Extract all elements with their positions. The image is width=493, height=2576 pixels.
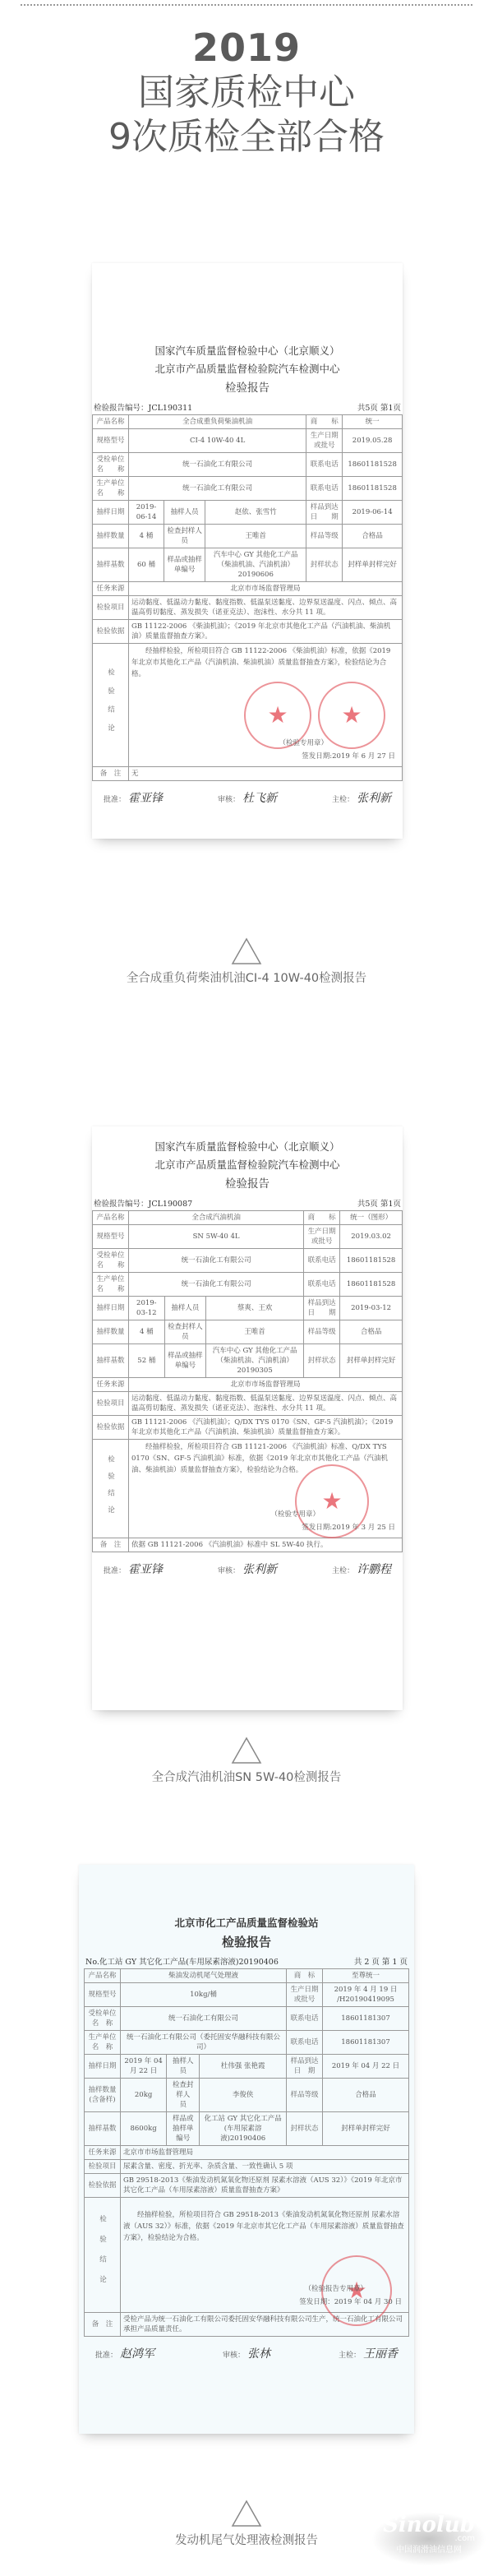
cell-label: 受检单位名 称 (93, 453, 129, 477)
signature-label: 主检： (332, 796, 354, 804)
table-row: 检验结论 经抽样检验，所检项目符合 GB 29518-2013《柴油发动机氮氧化… (85, 2198, 409, 2313)
issue-date: 签发日期:2019 年 3 月 25 日 (302, 1523, 395, 1533)
cell-basis: GB 11122-2006 《柴油机油》；《2019 年北京市其他化工产品（汽油… (129, 620, 403, 644)
cell-label: 生产日期或批号 (287, 1983, 323, 2007)
table-row: 备 注 无 (93, 767, 403, 781)
cell-sealer: 李俊侠 (200, 2079, 287, 2112)
hero-line-2: 9次质检全部合格 (0, 115, 493, 160)
cell-maker: 统一石油化工有限公司（委托固安华融科技有限公司） (121, 2031, 287, 2055)
report-number-value: JCL190087 (149, 1200, 193, 1209)
cell-label: 商 标 (304, 1211, 340, 1225)
cell-sample-no: 化工站 GY 其它化工产品(车用尿素溶液)20190406 (200, 2112, 287, 2146)
cell-batch: 2019 年 4 月 19 日 /H20190419095 (323, 1983, 409, 2007)
signature-label: 批准： (95, 2352, 117, 2360)
cell-label: 样品或抽样单编号 (164, 1344, 205, 1378)
cell-label: 任务来源 (93, 1378, 129, 1392)
table-row: 规格型号 10kg/桶 生产日期或批号 2019 年 4 月 19 日 /H20… (85, 1983, 409, 2007)
cell-qty: 20kg (121, 2079, 167, 2112)
table-row: 规格型号 SN 5W-40 4L 生产日期或批号 2019.03.02 (93, 1225, 403, 1249)
table-row: 生产单位名 称 统一石油化工有限公司 联系电话 18601181528 (93, 477, 403, 501)
table-row: 规格型号 CI-4 10W-40 4L 生产日期或批号 2019.05.28 (93, 429, 403, 453)
signature-label: 主检： (332, 1567, 354, 1575)
table-row: 检验依据 GB 29518-2013《柴油发动机氮氧化物还原剂 尿素水溶液（AU… (85, 2174, 409, 2198)
cell-basis: GB 29518-2013《柴油发动机氮氧化物还原剂 尿素水溶液（AUS 32）… (121, 2174, 409, 2198)
report-org-line-2: 北京市产品质量监督检验院汽车检测中心 (92, 1156, 403, 1174)
cell-label: 检验依据 (93, 620, 129, 644)
report-2-caption: 全合成汽油机油SN 5W-40检测报告 (0, 1737, 493, 1785)
report-pages: 共 2 页 第 1 页 (354, 1955, 408, 1967)
cell-maker-phone: 18601181528 (340, 1273, 403, 1297)
report-pages: 共5页 第1页 (357, 1197, 401, 1209)
table-row: 检验项目 尿素含量、密度、折光率、杂质含量、一致性确认 5 项 (85, 2160, 409, 2174)
cell-maker-phone: 18601181528 (343, 477, 403, 501)
report-meta: 检验报告编号：JCL190311 共5页 第1页 (92, 401, 403, 414)
cell-label: 检验结论 (93, 1440, 129, 1538)
cell-sampler: 蔡爽、王欢 (206, 1297, 304, 1320)
table-row: 检验结论 经抽样检验，所检项目符合 GB 11121-2006 《汽油机油》标准… (93, 1440, 403, 1538)
cell-label: 生产单位名 称 (85, 2031, 121, 2055)
report-1-document: 国家汽车质量监督检验中心（北京顺义） 北京市产品质量监督检验院汽车检测中心 检验… (92, 263, 403, 839)
cell-label: 封样状态 (287, 2112, 323, 2146)
report-2-document: 国家汽车质量监督检验中心（北京顺义） 北京市产品质量监督检验院汽车检测中心 检验… (92, 1126, 403, 1710)
cell-label: 商 标 (287, 1969, 323, 1983)
cell-grade: 合格品 (340, 1320, 403, 1344)
cell-label: 样品或抽样单编号 (167, 2112, 200, 2146)
report-table: 产品名称 全合成重负荷柴油机油 商 标 统一 规格型号 CI-4 10W-40 … (92, 414, 403, 781)
conclusion-text: 经抽样检验，所检项目符合 GB 29518-2013《柴油发动机氮氧化物还原剂 … (123, 2209, 406, 2244)
cell-spec: 10kg/桶 (121, 1983, 287, 2007)
triangle-icon (0, 1737, 493, 1768)
table-row: 检验依据 GB 11121-2006 《汽油机油》；Q/DX TYS 0170《… (93, 1416, 403, 1440)
issue-date: 签发日期:2019 年 6 月 27 日 (302, 752, 395, 761)
report-org-line-1: 国家汽车质量监督检验中心（北京顺义） (92, 1138, 403, 1156)
signature-name: 霍亚锋 (128, 792, 163, 805)
cell-label: 抽样人员 (164, 1297, 205, 1320)
watermark-name: 中国润滑油信息网 (371, 2545, 486, 2556)
signature-inspect: 主检：许鹏程 (332, 1561, 391, 1577)
table-row: 生产单位名 称 统一石油化工有限公司 联系电话 18601181528 (93, 1273, 403, 1297)
cell-label: 联系电话 (304, 1249, 340, 1273)
cell-label: 样品到达日 期 (304, 1297, 340, 1320)
table-row: 任务来源 北京市市场监督管理局 (93, 1378, 403, 1392)
cell-qty: 4 桶 (129, 525, 164, 548)
table-row: 检验项目 运动黏度、低温动力黏度、黏度指数、低温泵送黏度、边界泵送温度、闪点、倾… (93, 1392, 403, 1416)
cell-label: 备 注 (93, 1538, 129, 1552)
report-1-caption: 全合成重负荷柴油机油CI-4 10W-40检测报告 (0, 937, 493, 986)
cell-client-phone: 18601181528 (340, 1249, 403, 1273)
report-number: 检验报告编号：JCL190311 (94, 401, 192, 413)
cell-label: 检验项目 (93, 1392, 129, 1416)
table-row: 任务来源 北京市市场监督管理局 (85, 2146, 409, 2160)
report-meta: 检验报告编号：JCL190087 共5页 第1页 (92, 1197, 403, 1210)
cell-maker: 统一石油化工有限公司 (129, 1273, 304, 1297)
signature-approve: 批准：赵鸿军 (95, 2345, 154, 2361)
signature-name: 赵鸿军 (120, 2347, 154, 2361)
cell-conclusion: 经抽样检验，所检项目符合 GB 11122-2006 《柴油机油》标准，依据《2… (129, 644, 403, 767)
cell-conclusion: 经抽样检验，所检项目符合 GB 11121-2006 《汽油机油》标准、Q/DX… (129, 1440, 403, 1538)
signatures: 批准：赵鸿军 审核：张林 主检：王丽香 (84, 2337, 409, 2361)
table-row: 抽样基数 52 桶 样品或抽样单编号 汽车中心 GY 其他化工产品（柴油机油、汽… (93, 1344, 403, 1378)
stamp-label: （检验专用章） (270, 1510, 320, 1519)
cell-client: 统一石油化工有限公司 (129, 453, 306, 477)
cell-client: 统一石油化工有限公司 (121, 2007, 287, 2031)
table-row: 抽样日期 2019-03-12 抽样人员 蔡爽、王欢 样品到达日 期 2019-… (93, 1297, 403, 1320)
cell-label: 抽样基数 (93, 1344, 129, 1378)
signature-label: 批准： (104, 796, 126, 804)
stamp-label: （检验报告专用章） (304, 2284, 367, 2294)
cell-label: 任务来源 (93, 582, 129, 596)
table-row: 检验依据 GB 11122-2006 《柴油机油》；《2019 年北京市其他化工… (93, 620, 403, 644)
star-icon: ★ (321, 1496, 342, 1506)
report-title: 检验报告 (92, 1174, 403, 1194)
report-org-line-1: 国家汽车质量监督检验中心（北京顺义） (92, 342, 403, 360)
cell-label: 受检单位名 称 (85, 2007, 121, 2031)
star-icon: ★ (267, 710, 288, 720)
report-title: 检验报告 (84, 1932, 409, 1952)
cell-label: 产品名称 (93, 1211, 129, 1225)
report-pages: 共5页 第1页 (357, 401, 401, 413)
caption-text: 全合成重负荷柴油机油CI-4 10W-40检测报告 (0, 969, 493, 986)
dotted-divider (21, 4, 472, 6)
cell-product-name: 全合成重负荷柴油机油 (129, 415, 306, 429)
signature-name: 许鹏程 (357, 1563, 391, 1576)
table-row: 受检单位名 称 统一石油化工有限公司 联系电话 18601181528 (93, 1249, 403, 1273)
cell-label: 封样状态 (304, 1344, 340, 1378)
cell-label: 生产日期或批号 (306, 429, 343, 453)
signature-review: 审核：杜飞新 (218, 789, 277, 806)
cell-grade: 合格品 (343, 525, 403, 548)
cell-base: 60 桶 (129, 548, 164, 582)
cell-items: 尿素含量、密度、折光率、杂质含量、一致性确认 5 项 (121, 2160, 409, 2174)
cell-label: 检验依据 (93, 1416, 129, 1440)
cell-client-phone: 18601181307 (323, 2007, 409, 2031)
report-number-value: JCL190311 (149, 404, 193, 413)
cell-brand: 至尊统一 (323, 1969, 409, 1983)
cell-sealer: 王唯首 (205, 525, 306, 548)
report-table: 产品名称 柴油发动机尾气处理液 商 标 至尊统一 规格型号 10kg/桶 生产日… (84, 1968, 409, 2337)
report-number: No.化工站 GY 其它化工产品(车用尿素溶液)20190406 (85, 1955, 279, 1967)
cell-basis: GB 11121-2006 《汽油机油》；Q/DX TYS 0170《SN、GF… (129, 1416, 403, 1440)
cell-source: 北京市市场监督管理局 (121, 2146, 409, 2160)
table-row: 产品名称 柴油发动机尾气处理液 商 标 至尊统一 (85, 1969, 409, 1983)
cell-base: 52 桶 (129, 1344, 165, 1378)
cell-label: 检验结论 (93, 644, 129, 767)
cell-label: 检验结论 (85, 2198, 121, 2313)
cell-client: 统一石油化工有限公司 (129, 1249, 304, 1273)
cell-label: 检验项目 (85, 2160, 121, 2174)
cell-label: 抽样数量 (93, 525, 129, 548)
cell-qty: 4 桶 (129, 1320, 165, 1344)
cell-label: 抽样日期 (93, 1297, 129, 1320)
cell-label: 样品到达日 期 (306, 501, 343, 525)
signature-name: 张利新 (242, 1563, 277, 1576)
cell-sample-no: 汽车中心 GY 其他化工产品（柴油机油、汽油机油）20190305 (206, 1344, 304, 1378)
cell-brand: 统一 (343, 415, 403, 429)
cell-label: 规格型号 (93, 429, 129, 453)
cell-label: 产品名称 (93, 415, 129, 429)
cell-label: 规格型号 (85, 1983, 121, 2007)
cell-seal-state: 封样单封样完好 (323, 2112, 409, 2146)
cell-product-name: 柴油发动机尾气处理液 (121, 1969, 287, 1983)
report-number: 检验报告编号：JCL190087 (94, 1197, 192, 1209)
cell-label: 样品等级 (287, 2079, 323, 2112)
report-number-value: 化工站 GY 其它化工产品(车用尿素溶液)20190406 (99, 1958, 279, 1967)
cell-label: 检查封样人 员 (167, 2079, 200, 2112)
conclusion-text: 经抽样检验，所检项目符合 GB 11122-2006 《柴油机油》标准，依据《2… (131, 645, 399, 680)
table-row: 抽样基数 8600kg 样品或抽样单编号 化工站 GY 其它化工产品(车用尿素溶… (85, 2112, 409, 2146)
cell-grade: 合格品 (323, 2079, 409, 2112)
table-row: 抽样数量 4 桶 检查封样人 员 王唯首 样品等级 合格品 (93, 525, 403, 548)
cell-base: 8600kg (121, 2112, 167, 2146)
cell-label: 商 标 (306, 415, 343, 429)
cell-label: 规格型号 (93, 1225, 129, 1249)
signature-name: 张林 (247, 2347, 270, 2361)
triangle-icon (0, 937, 493, 969)
report-number-label: 检验报告编号： (94, 1200, 149, 1209)
cell-sample-date: 2019-03-12 (129, 1297, 165, 1320)
cell-spec: CI-4 10W-40 4L (129, 429, 306, 453)
cell-label: 检查封样人 员 (164, 1320, 205, 1344)
cell-label: 抽样基数 (93, 548, 129, 582)
cell-seal-state: 封样单封样完好 (343, 548, 403, 582)
cell-label: 联系电话 (287, 2031, 323, 2055)
table-row: 抽样日期 2019 年 04 月 22 日 抽样人员 杜伟强 张艳霞 样品到达日… (85, 2055, 409, 2079)
cell-label: 样品或抽样单编号 (164, 548, 205, 582)
stamp-label: （检验专用章） (279, 738, 328, 748)
cell-remark: 无 (129, 767, 403, 781)
cell-label: 备 注 (93, 767, 129, 781)
sinolub-watermark: Sinolub .com 中国润滑油信息网 (371, 2512, 486, 2566)
cell-label: 样品等级 (304, 1320, 340, 1344)
cell-seal-state: 封样单封样完好 (340, 1344, 403, 1378)
signature-name: 霍亚锋 (128, 1563, 163, 1576)
signature-review: 审核：张林 (223, 2345, 270, 2361)
cell-conclusion: 经抽样检验，所检项目符合 GB 29518-2013《柴油发动机氮氧化物还原剂 … (121, 2198, 409, 2313)
cell-label: 抽样人员 (164, 501, 205, 525)
signature-label: 主检： (339, 2352, 361, 2360)
table-row: 任务来源 北京市市场监督管理局 (93, 582, 403, 596)
cell-label: 联系电话 (304, 1273, 340, 1297)
cell-label: 抽样日期 (85, 2055, 121, 2079)
cell-label: 检验项目 (93, 596, 129, 620)
table-row: 受检单位名 称 统一石油化工有限公司 联系电话 18601181528 (93, 453, 403, 477)
signature-review: 审核：张利新 (218, 1561, 277, 1577)
cell-source: 北京市市场监督管理局 (129, 582, 403, 596)
cell-label: 联系电话 (287, 2007, 323, 2031)
hero-line-1: 国家质检中心 (0, 71, 493, 115)
cell-client-phone: 18601181528 (343, 453, 403, 477)
cell-label: 抽样人员 (167, 2055, 200, 2079)
signature-approve: 批准：霍亚锋 (104, 789, 163, 806)
cell-sampler: 杜伟强 张艳霞 (200, 2055, 287, 2079)
cell-arrival: 2019-03-12 (340, 1297, 403, 1320)
report-org-line-2: 北京市产品质量监督检验院汽车检测中心 (92, 360, 403, 378)
cell-batch: 2019.03.02 (340, 1225, 403, 1249)
cell-label: 检查封样人 员 (164, 525, 205, 548)
cell-maker-phone: 18601181307 (323, 2031, 409, 2055)
cell-label: 抽样基数 (85, 2112, 121, 2146)
signature-inspect: 主检：王丽香 (339, 2345, 398, 2361)
cell-batch: 2019.05.28 (343, 429, 403, 453)
table-row: 受检单位名 称 统一石油化工有限公司 联系电话 18601181307 (85, 2007, 409, 2031)
cell-label: 样品等级 (306, 525, 343, 548)
signature-name: 王丽香 (363, 2347, 398, 2361)
cell-label: 联系电话 (306, 477, 343, 501)
signature-label: 审核： (218, 1567, 240, 1575)
report-number-label: 检验报告编号： (94, 404, 149, 413)
signature-name: 张利新 (357, 792, 391, 805)
cell-label: 任务来源 (85, 2146, 121, 2160)
cell-arrival: 2019-06-14 (343, 501, 403, 525)
issue-date: 签发日期：2019 年 04 月 30 日 (299, 2297, 402, 2307)
table-row: 抽样数量 4 桶 检查封样人 员 王唯首 样品等级 合格品 (93, 1320, 403, 1344)
table-row: 产品名称 全合成汽油机油 商 标 统一（图形） (93, 1211, 403, 1225)
official-seal: ★ (318, 682, 385, 749)
report-org-line-1: 北京市化工产品质量监督检验站 (84, 1914, 409, 1932)
cell-maker: 统一石油化工有限公司 (129, 477, 306, 501)
signatures: 批准：霍亚锋 审核：杜飞新 主检：张利新 (92, 781, 403, 806)
signature-label: 审核： (223, 2352, 245, 2360)
signatures: 批准：霍亚锋 审核：张利新 主检：许鹏程 (92, 1552, 403, 1577)
cell-remark: 依据 GB 11121-2006 《汽油机油》标准中 SL 5W-40 执行。 (129, 1538, 403, 1552)
cell-label: 抽样日期 (93, 501, 129, 525)
cell-label: 产品名称 (85, 1969, 121, 1983)
cell-sample-date: 2019-06-14 (129, 501, 164, 525)
report-title: 检验报告 (92, 378, 403, 398)
hero-heading: 2019 国家质检中心 9次质检全部合格 (0, 25, 493, 160)
report-number-label: No. (85, 1958, 99, 1967)
cell-label: 生产日期或批号 (304, 1225, 340, 1249)
cell-arrival: 2019 年 04 月 22 日 (323, 2055, 409, 2079)
conclusion-text: 经抽样检验，所检项目符合 GB 11121-2006 《汽油机油》标准、Q/DX… (131, 1441, 399, 1476)
signature-label: 批准： (104, 1567, 126, 1575)
cell-sample-date: 2019 年 04 月 22 日 (121, 2055, 167, 2079)
cell-spec: SN 5W-40 4L (129, 1225, 304, 1249)
caption-text: 全合成汽油机油SN 5W-40检测报告 (0, 1768, 493, 1785)
table-row: 检验结论 经抽样检验，所检项目符合 GB 11122-2006 《柴油机油》标准… (93, 644, 403, 767)
table-row: 抽样日期 2019-06-14 抽样人员 赵依、张雪竹 样品到达日 期 2019… (93, 501, 403, 525)
cell-label: 抽样数量(含备样) (85, 2079, 121, 2112)
cell-product-name: 全合成汽油机油 (129, 1211, 304, 1225)
signature-inspect: 主检：张利新 (332, 789, 391, 806)
cell-label: 生产单位名 称 (93, 477, 129, 501)
cell-items: 运动黏度、低温动力黏度、黏度指数、低温泵送黏度、边界泵送温度、闪点、倾点、高温高… (129, 1392, 403, 1416)
cell-label: 受检单位名 称 (93, 1249, 129, 1273)
table-row: 生产单位名 称 统一石油化工有限公司（委托固安华融科技有限公司） 联系电话 18… (85, 2031, 409, 2055)
cell-label: 生产单位名 称 (93, 1273, 129, 1297)
report-3-document: 北京市化工产品质量监督检验站 检验报告 No.化工站 GY 其它化工产品(车用尿… (79, 1865, 414, 2434)
signature-label: 审核： (218, 796, 240, 804)
table-row: 产品名称 全合成重负荷柴油机油 商 标 统一 (93, 415, 403, 429)
cell-label: 样品到达日 期 (287, 2055, 323, 2079)
cell-label: 备 注 (85, 2313, 121, 2337)
cell-label: 抽样数量 (93, 1320, 129, 1344)
cell-sampler: 赵依、张雪竹 (205, 501, 306, 525)
report-table: 产品名称 全合成汽油机油 商 标 统一（图形） 规格型号 SN 5W-40 4L… (92, 1210, 403, 1552)
cell-label: 联系电话 (306, 453, 343, 477)
table-row: 抽样数量(含备样) 20kg 检查封样人 员 李俊侠 样品等级 合格品 (85, 2079, 409, 2112)
cell-brand: 统一（图形） (340, 1211, 403, 1225)
hero-year: 2019 (0, 25, 493, 71)
table-row: 检验项目 运动黏度、低温动力黏度、黏度指数、低温泵送黏度、边界泵送温度、闪点、倾… (93, 596, 403, 620)
table-row: 备 注 依据 GB 11121-2006 《汽油机油》标准中 SL 5W-40 … (93, 1538, 403, 1552)
cell-label: 封样状态 (306, 548, 343, 582)
signature-approve: 批准：霍亚锋 (104, 1561, 163, 1577)
cell-sealer: 王唯首 (206, 1320, 304, 1344)
star-icon: ★ (341, 710, 362, 720)
signature-name: 杜飞新 (242, 792, 277, 805)
cell-source: 北京市市场监督管理局 (129, 1378, 403, 1392)
cell-items: 运动黏度、低温动力黏度、黏度指数、低温泵送黏度、边界泵送温度、闪点、倾点、高温高… (129, 596, 403, 620)
cell-sample-no: 汽车中心 GY 其他化工产品（柴油机油、汽油机油）20190606 (205, 548, 306, 582)
table-row: 抽样基数 60 桶 样品或抽样单编号 汽车中心 GY 其他化工产品（柴油机油、汽… (93, 548, 403, 582)
cell-label: 检验依据 (85, 2174, 121, 2198)
report-meta: No.化工站 GY 其它化工产品(车用尿素溶液)20190406 共 2 页 第… (84, 1955, 409, 1968)
